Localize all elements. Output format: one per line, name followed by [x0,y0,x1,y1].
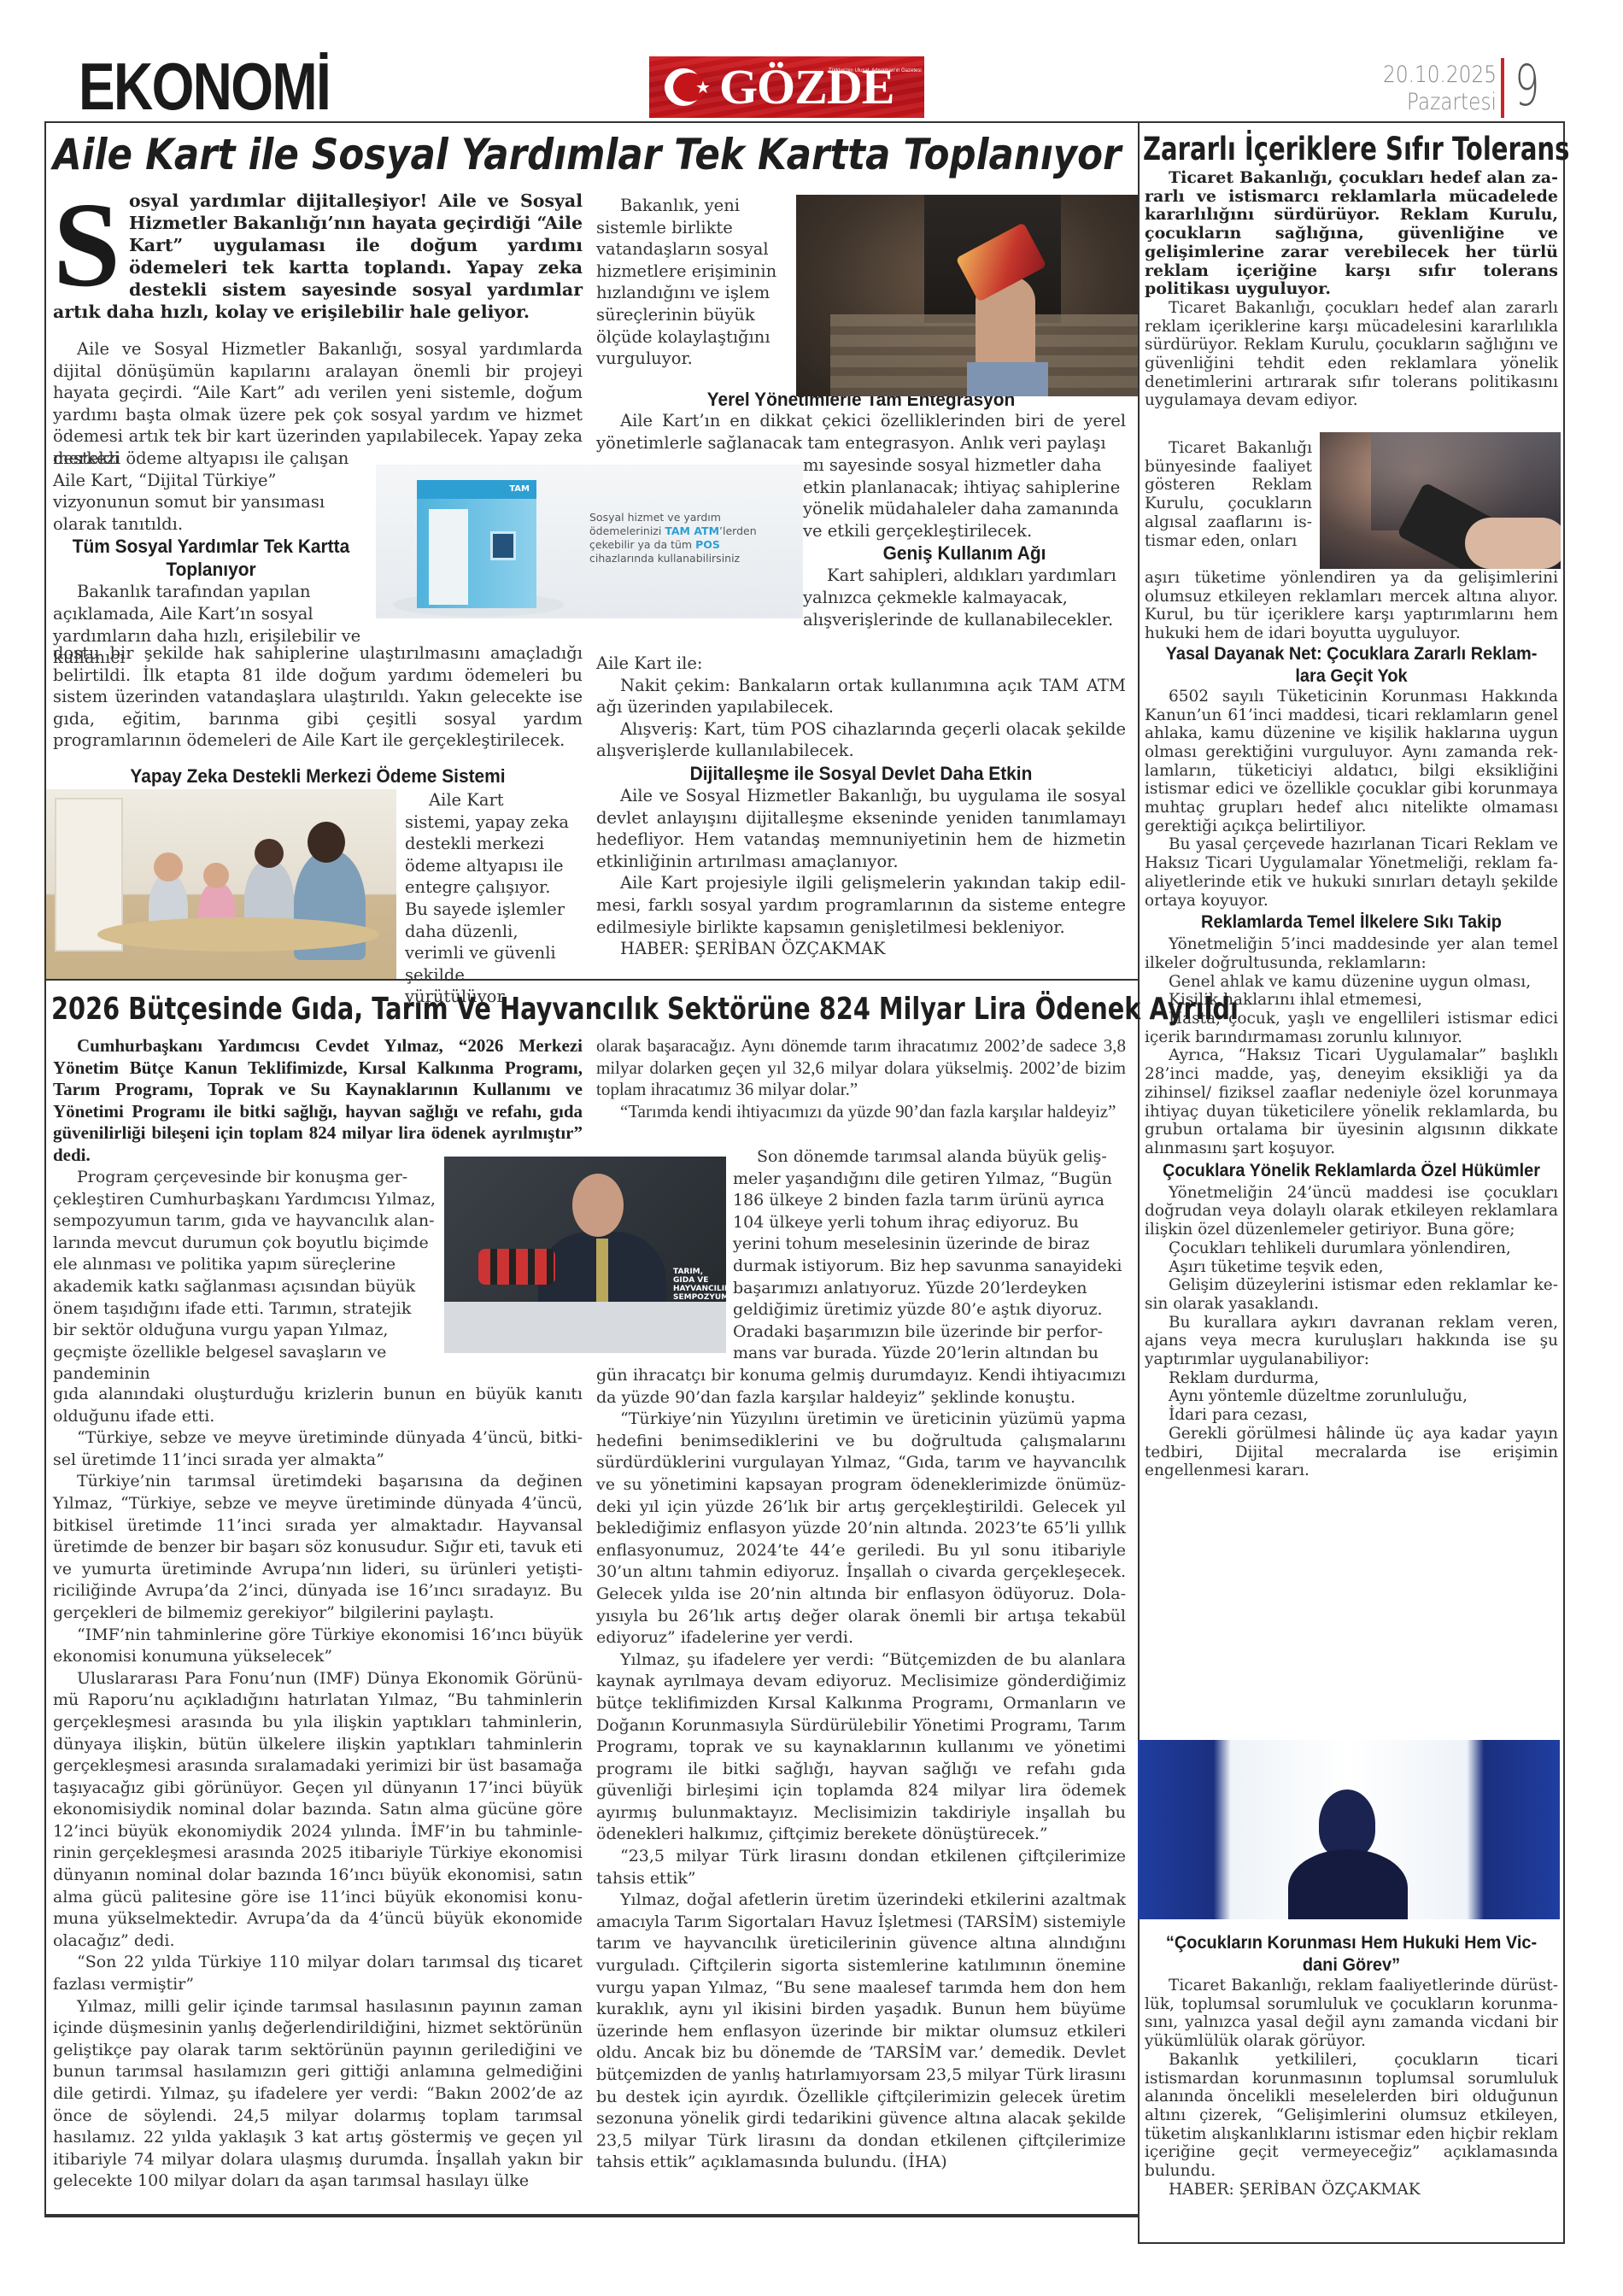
subheading-quote: “Tarımda kendi ihtiyacımızı da yüzde 90’… [596,1101,1126,1123]
photo-tv-remote [1320,432,1561,569]
subheading: Yasal Dayanak Net: Çocuklara Zararlı Rek… [1155,643,1548,688]
butce-lead: Cumhurbaşkanı Yardımcısı Cevdet Yılmaz, … [53,1035,583,1167]
list-item: Çocukları tehlikeli durumlara yönlendire… [1145,1239,1558,1258]
list-item: Reklam durdurma, [1145,1369,1558,1388]
issue-date: 20.10.2025 [1364,61,1497,89]
date-separator [1501,58,1504,118]
photo-child-silhouette [1138,1740,1560,1919]
paragraph: Yılmaz, milli gelir içinde tarımsal hası… [53,1996,583,2193]
paragraph: olarak başaracağız. Aynı dönemde tarım i… [596,1035,1126,1101]
byline: HABER: ŞERİBAN ÖZÇAKMAK [1145,2181,1558,2199]
lead-paragraph: Cumhurbaşkanı Yardımcısı Cevdet Yılmaz, … [53,1035,583,1167]
paragraph: Aile Kart projesiyle ilgili gelişmelerin… [596,872,1126,938]
aile-kart-lead: S osyal yardımlar dijitalleşiyor! Aile v… [53,190,583,323]
butce-body-3: olarak başaracağız. Aynı dönemde tarım i… [596,1035,1126,1122]
photo-tam-atm-ad: TAM Sosyal hizmet ve yardım ödemeleriniz… [376,465,803,618]
list-item: Nakit çekim: Bankaların ortak kullanımın… [596,675,1126,718]
aile-kart-body-5b: mı sayesinde sosyal hizmetler daha etkin… [803,454,1126,630]
page-number: 9 [1515,58,1539,114]
paragraph: Ticaret Bakanlığı, çocukları hedef alan … [1145,299,1558,410]
photo-aile-kart-hand [796,195,1138,396]
paragraph: dostu bir şekilde hak sahiplerine ulaştı… [53,642,583,752]
list-item: Aynı yöntemle düzeltme zorunluluğu, [1145,1387,1558,1406]
paragraph: Ticaret Bakanlığı bünyesinde faaliyet gö… [1145,439,1312,550]
paragraph: Yılmaz, doğal afetlerin üretim üzerindek… [596,1889,1126,2174]
list-item: Aşırı tüketime teşvik eden, [1145,1258,1558,1277]
paragraph: gıda alanındaki oluşturduğu krizlerin bu… [53,1384,583,1427]
subheading: “Çocukların Korunması Hem Hukuki Hem Vic… [1155,1932,1548,1977]
aile-kart-body-5a: Aile Kart’ın en dikkat çekici özellikler… [596,410,1126,454]
drop-cap: S [53,196,120,292]
subheading: Dijitalleşme ile Sosyal Devlet Daha Etki… [610,762,1113,785]
paragraph: Bakanlık, yeni sistemle birlikte vatanda… [596,195,784,370]
paragraph: Aile ve Sosyal Hizmetler Bakanlığı, bu u… [596,785,1126,872]
butce-body-5: gün ihracatçı bir konuma gelmiş durumday… [596,1365,1126,2174]
paragraph: Ticaret Bakanlığı, reklam faaliyetlerind… [1145,1977,1558,2051]
bottom-rule [44,2216,1140,2217]
atm-ad-copy: Sosyal hizmet ve yardım ödemelerinizi TA… [589,511,757,565]
paragraph: Bu yasal çerçevede hazırlanan Ticari Rek… [1145,835,1558,910]
microphone-icon [478,1249,555,1285]
headline-aile-kart: Aile Kart ile Sosyal Yardımlar Tek Kartt… [53,133,1121,176]
paragraph: Aile Kart’ın en dikkat çekici özellikler… [596,410,1126,454]
logo-tagline: Türkiye'nin Ulusal, Adıyaman'ın Gazetesi [829,68,922,73]
list-item: Alışveriş: Kart, tüm POS cihazlarında ge… [596,718,1126,762]
photo-family-table [46,789,396,979]
atm-kiosk-icon: TAM [417,480,536,608]
paragraph: Bu kurallara aykırı davranan reklam vere… [1145,1314,1558,1369]
event-banner: TARIM, GIDA VE HAYVANCILIK SEMPOZYUMU [673,1268,724,1302]
paragraph: Uluslararası Para Fonu’nun (IMF) Dünya E… [53,1668,583,1953]
sifir-tolerans-body-1: Ticaret Bakanlığı, çocukları hedef alan … [1145,169,1558,410]
sifir-tolerans-body-2a: Ticaret Bakanlığı bünyesinde faaliyet gö… [1145,439,1312,550]
byline: HABER: ŞERİBAN ÖZÇAKMAK [596,938,1126,960]
paragraph: aşırı tüketime yönlendiren ya da gelişim… [1145,569,1558,643]
aile-kart-body-2: dostu bir şekilde hak sahiplerine ulaştı… [53,642,583,752]
subheading-quote: “Türkiye, sebze ve meyve üretiminde düny… [53,1427,583,1471]
paragraph: Program çerçevesinde bir konuşma ger­çek… [53,1167,436,1385]
subheading: Reklamlarda Temel İlkelere Sıkı Takip [1155,910,1548,935]
subheading-quote: “23,5 milyar Türk lirasını dondan etkile… [596,1846,1126,1889]
list-item: Gelişim düzeylerini istismar eden reklam… [1145,1276,1558,1313]
butce-body-1: Program çerçevesinde bir konuşma ger­çek… [53,1167,436,1385]
paragraph: “Türkiye’nin Yüzyılını üretimin ve üreti… [596,1409,1126,1649]
paragraph: Yönetmeliğin 24’üncü maddesi ise çocukla… [1145,1184,1558,1239]
butce-body-2: gıda alanındaki oluşturduğu krizlerin bu… [53,1384,583,2193]
headline-butce: 2026 Bütçesinde Gıda, Tarım Ve Hayvancıl… [51,994,1239,1025]
list-item: İdari para cezası, [1145,1406,1558,1425]
photo-cevdet-yilmaz: TARIM, GIDA VE HAYVANCILIK SEMPOZYUMU [444,1157,726,1353]
paragraph: gün ihracatçı bir konuma gelmiş durumday… [596,1365,1126,1409]
butce-body-4: Son dönemde tarımsal alanda büyük geliş­… [733,1146,1126,1365]
lead-paragraph: osyal yardımlar dijitalleşiyor! Aile ve … [53,190,583,323]
list-item: Gerekli görülmesi hâlinde üç aya kadar y… [1145,1425,1558,1480]
issue-date-box: 20.10.2025 Pazartesi [1364,61,1497,116]
section-title: EKONOMİ [79,53,330,120]
aile-kart-body-6: Aile Kart ile: Nakit çekim: Bankaların o… [596,653,1126,960]
list-item: Genel ahlak ve kamu düzenine uygun olmas… [1145,973,1558,992]
aile-kart-body-3: Aile Kart sistemi, yapay zeka destekli m… [405,789,571,1008]
paragraph: Türkiye’nin tarımsal üretimdeki başarısı… [53,1471,583,1624]
subheading-quote: “IMF’nin tahminlerine göre Türkiye ekono… [53,1625,583,1668]
sifir-tolerans-body-3: “Çocukların Korunması Hem Hukuki Hem Vic… [1145,1932,1558,2199]
subheading: Çocuklara Yönelik Reklamlarda Özel Hüküm… [1155,1158,1548,1184]
list-intro: Aile Kart ile: [596,653,1126,675]
paragraph: Kart sahipleri, aldıkları yardım­ları ya… [803,565,1126,630]
paragraph: mı sayesinde sosyal hizmetler daha etkin… [803,454,1126,542]
paragraph: 6502 sayılı Tüketicinin Korunması Hakkın… [1145,688,1558,836]
aile-kart-body-4: Bakanlık, yeni sistemle birlikte vatanda… [596,195,784,370]
subheading: Geniş Kullanım Ağı [811,542,1117,565]
subheading: Yapay Zeka Destekli Merkezi Ödeme Sistem… [67,764,570,788]
newspaper-logo[interactable]: ★ GÖZDE Türkiye'nin Ulusal, Adıyaman'ın … [649,56,924,118]
paragraph: Bakanlık yetkilileri, çocukların ticari … [1145,2051,1558,2181]
star-icon: ★ [695,77,711,97]
paragraph: Yönetmeliğin 5’inci maddesinde yer alan … [1145,935,1558,972]
headline-sifir-tolerans: Zararlı İçeriklere Sıfır Tolerans [1143,133,1569,165]
aile-kart-body-1b: merkezi ödeme altyapısı ile çalışan Aile… [53,448,369,669]
subheading-quote: “Son 22 yılda Türkiye 110 milyar doları … [53,1952,583,1995]
paragraph: Ayrıca, “Haksız Ticari Uygulamalar” başl… [1145,1046,1558,1157]
paragraph: Son dönemde tarımsal alanda büyük geliş­… [733,1146,1126,1365]
paragraph: merkezi ödeme altyapısı ile çalışan Aile… [53,448,369,535]
lead-paragraph: Ticaret Bakanlığı, çocukları hedef alan … [1145,169,1558,299]
paragraph: Aile Kart sistemi, yapay zeka destekli m… [405,789,571,1008]
paragraph: Yılmaz, şu ifadelere yer verdi: “Bütçemi… [596,1649,1126,1846]
issue-weekday: Pazartesi [1364,89,1497,116]
subheading: Tüm Sosyal Yardımlar Tek Kartta Toplanıy… [61,535,361,581]
